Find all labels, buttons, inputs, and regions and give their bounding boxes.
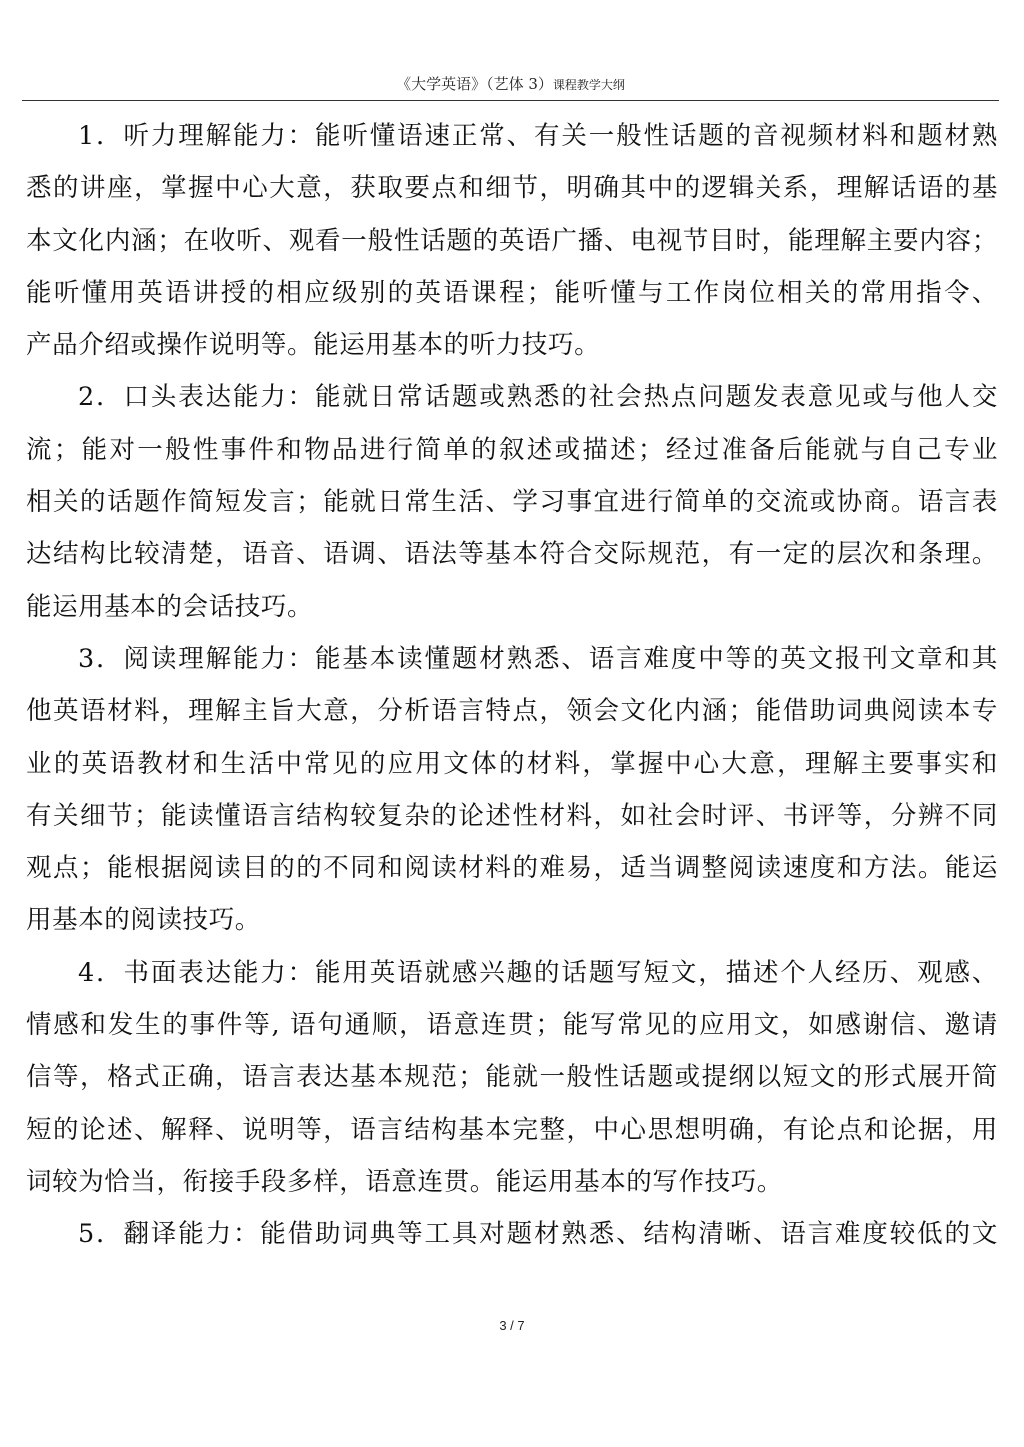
paragraph-line: 信等，格式正确，语言表达基本规范；能就一般性话题或提纲以短文的形式展开简 [26,1051,998,1103]
paragraph-line: 2．口头表达能力：能就日常话题或熟悉的社会热点问题发表意见或与他人交 [26,371,998,423]
paragraph-line: 5．翻译能力：能借助词典等工具对题材熟悉、结构清晰、语言难度较低的文 [26,1208,998,1260]
paragraph-line: 业的英语教材和生活中常见的应用文体的材料，掌握中心大意，理解主要事实和 [26,738,998,790]
page-header: 《大学英语》（艺体 3）课程教学大纲 [22,74,999,95]
paragraph-number: 1． [78,121,123,151]
paragraph-line: 4．书面表达能力：能用英语就感兴趣的话题写短文，描述个人经历、观感、 [26,947,998,999]
page-indicator: 3 / 7 [0,1318,1024,1333]
paragraph-line: 达结构比较清楚，语音、语调、语法等基本符合交际规范，有一定的层次和条理。 [26,528,998,580]
header-subtitle: 课程教学大纲 [553,78,625,92]
paragraph-line: 1．听力理解能力：能听懂语速正常、有关一般性话题的音视频材料和题材熟 [26,110,998,162]
paragraph-line: 词较为恰当，衔接手段多样，语意连贯。能运用基本的写作技巧。 [26,1156,998,1208]
paragraph-number: 2． [78,382,123,412]
paragraph-line: 他英语材料，理解主旨大意，分析语言特点，领会文化内涵；能借助词典阅读本专 [26,685,998,737]
paragraph-line: 悉的讲座，掌握中心大意，获取要点和细节，明确其中的逻辑关系，理解话语的基 [26,162,998,214]
paragraph-line: 能听懂用英语讲授的相应级别的英语课程；能听懂与工作岗位相关的常用指令、 [26,267,998,319]
paragraph-translation: 5．翻译能力：能借助词典等工具对题材熟悉、结构清晰、语言难度较低的文 [26,1208,998,1260]
paragraph-line: 能运用基本的会话技巧。 [26,581,998,633]
paragraph-line: 相关的话题作简短发言；能就日常生活、学习事宜进行简单的交流或协商。语言表 [26,476,998,528]
paragraph-number: 5． [78,1219,123,1249]
paragraph-number: 4． [78,958,123,988]
paragraph-line: 产品介绍或操作说明等。能运用基本的听力技巧。 [26,319,998,371]
paragraph-line: 情感和发生的事件等, 语句通顺，语意连贯；能写常见的应用文，如感谢信、邀请 [26,999,998,1051]
paragraph-line: 有关细节；能读懂语言结构较复杂的论述性材料，如社会时评、书评等，分辨不同 [26,790,998,842]
header-title: 《大学英语》（艺体 3） [396,75,553,93]
paragraph-line: 流；能对一般性事件和物品进行简单的叙述或描述；经过准备后能就与自己专业 [26,424,998,476]
header-divider [22,100,999,101]
document-body: 1．听力理解能力：能听懂语速正常、有关一般性话题的音视频材料和题材熟 悉的讲座，… [26,110,998,1261]
paragraph-writing: 4．书面表达能力：能用英语就感兴趣的话题写短文，描述个人经历、观感、 情感和发生… [26,947,998,1208]
paragraph-listening: 1．听力理解能力：能听懂语速正常、有关一般性话题的音视频材料和题材熟 悉的讲座，… [26,110,998,371]
paragraph-line: 用基本的阅读技巧。 [26,894,998,946]
paragraph-line: 本文化内涵；在收听、观看一般性话题的英语广播、电视节目时，能理解主要内容； [26,215,998,267]
paragraph-line: 短的论述、解释、说明等，语言结构基本完整，中心思想明确，有论点和论据，用 [26,1104,998,1156]
paragraph-reading: 3．阅读理解能力：能基本读懂题材熟悉、语言难度中等的英文报刊文章和其 他英语材料… [26,633,998,947]
paragraph-line: 观点；能根据阅读目的的不同和阅读材料的难易，适当调整阅读速度和方法。能运 [26,842,998,894]
paragraph-speaking: 2．口头表达能力：能就日常话题或熟悉的社会热点问题发表意见或与他人交 流；能对一… [26,371,998,632]
paragraph-number: 3． [78,644,123,674]
paragraph-line: 3．阅读理解能力：能基本读懂题材熟悉、语言难度中等的英文报刊文章和其 [26,633,998,685]
